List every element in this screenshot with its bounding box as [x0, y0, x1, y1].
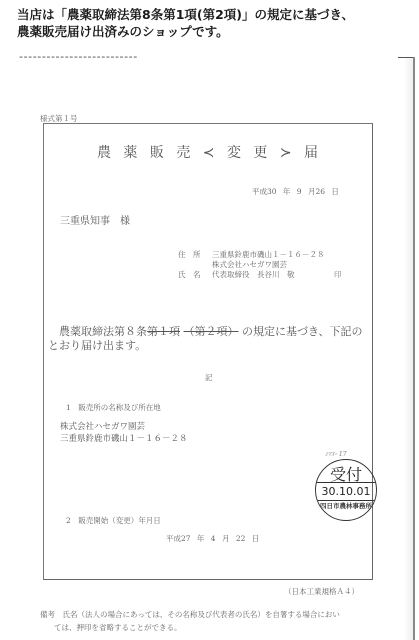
struck-clause-2: （第２項） — [184, 325, 239, 338]
seal-mark: 印 — [334, 269, 342, 280]
document-date: 平成30 年 9 月26 日 — [252, 186, 339, 197]
receipt-stamp: 受付 30.10.01 四日市農林事務所 — [315, 459, 377, 521]
document-title: 農 薬 販 売 ≺ 変 更 ≻ 届 — [0, 142, 419, 162]
address-label: 住 所 — [178, 249, 201, 260]
declaration-text: 農薬取締法第８条第１項 （第２項） の規定に基づき、下記のとおり届け出ます。 — [48, 325, 373, 353]
applicant-name: 代表取締役 長谷川 敬 — [212, 269, 295, 280]
scan-page-edge-top — [398, 57, 414, 58]
dashed-divider: -------------------------- — [19, 50, 138, 63]
stamp-handwritten-note: ｼﾏｽｰ 17 — [325, 449, 347, 458]
ki-heading: 記 — [205, 372, 213, 383]
shop-name: 株式会社ハセガワ園芸 — [60, 420, 145, 432]
shop-notice-line-1: 当店は「農薬取締法第8条第1項(第2項)」の規定に基づき、 — [17, 6, 354, 23]
item-1-heading: 1 販売所の名称及び所在地 — [66, 402, 161, 413]
jis-size-note: （日本工業規格Ａ４） — [284, 586, 359, 597]
shop-notice: 当店は「農薬取締法第8条第1項(第2項)」の規定に基づき、 農薬販売届け出済みの… — [17, 6, 354, 40]
name-label: 氏 名 — [178, 269, 201, 280]
declaration-prefix: 農薬取締法第８条 — [48, 325, 147, 338]
shop-address: 三重県鈴鹿市磯山１－１６－２８ — [60, 432, 188, 444]
stamp-office: 四日市農林事務所 — [316, 501, 376, 510]
stamp-date: 30.10.01 — [315, 482, 377, 501]
remarks: 備考 氏名（法人の場合にあっては、その名称及び代表者の氏名）を自署する場合におい… — [40, 608, 380, 634]
shop-notice-line-2: 農薬販売届け出済みのショップです。 — [17, 23, 354, 40]
sales-start-date: 平成27 年 4 月 22 日 — [166, 533, 259, 544]
remarks-line-2: ては、押印を省略することができる。 — [40, 621, 380, 634]
remarks-line-1: 備考 氏名（法人の場合にあっては、その名称及び代表者の氏名）を自署する場合におい — [40, 610, 340, 619]
item-2-heading: 2 販売開始（変更）年月日 — [66, 515, 161, 526]
addressee: 三重県知事 様 — [60, 212, 130, 227]
struck-clause-1: 第１項 — [147, 325, 180, 338]
